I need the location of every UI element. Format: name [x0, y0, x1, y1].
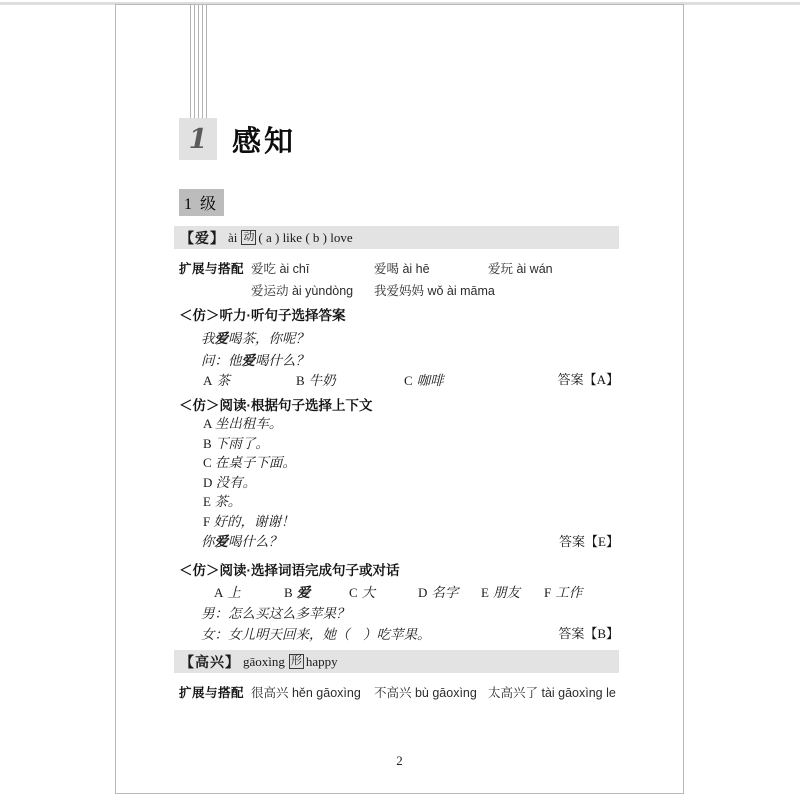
option-line: D 没有。 — [179, 473, 619, 493]
section-header-listening: ＜仿＞听力·听句子选择答案 — [179, 304, 619, 324]
expansion-row: 扩展与搭配 爱吃 ài chī 爱喝 ài hē 爱玩 ài wán — [179, 259, 619, 281]
option: C 咖啡 — [404, 369, 444, 390]
chapter-number: 1 — [189, 124, 208, 155]
option: A 茶 — [203, 369, 230, 390]
expansion-label: 扩展与搭配 — [179, 259, 244, 277]
entry-header-gaoxing: 【高兴】 gāoxìng 形 happy — [174, 650, 619, 673]
gloss-ai: ( a ) like ( b ) love — [258, 230, 352, 246]
book-page: 1 感知 1 级 【爱】 ài 动 ( a ) like ( b ) love … — [115, 4, 684, 794]
option: F 工作 — [544, 581, 582, 602]
expansion-label: 扩展与搭配 — [179, 683, 244, 701]
expansion-item: 爱玩 ài wán — [488, 259, 553, 277]
expansion-item: 不高兴 bù gāoxìng — [374, 683, 477, 701]
expansion-item: 太高兴了 tài gāoxìng le — [488, 683, 616, 701]
option: B 牛奶 — [296, 369, 336, 390]
word-options-row: A 上 B 爱 C 大 D 名字 E 朋友 F 工作 — [179, 581, 619, 599]
expansion-item: 很高兴 hěn gāoxìng — [251, 683, 361, 701]
section-header-reading-fill: ＜仿＞阅读·选择词语完成句子或对话 — [179, 559, 619, 579]
pinyin-gaoxing: gāoxìng — [243, 654, 285, 670]
chapter-stripes-decoration — [190, 5, 209, 119]
page-number: 2 — [116, 753, 683, 769]
dialogue-line-female: 女：女儿明天回来，她（ ）吃苹果。 答案【B】 — [201, 623, 619, 643]
pinyin-ai: ài — [228, 230, 237, 246]
option: C 大 — [349, 581, 375, 602]
expansion-row: 扩展与搭配 很高兴 hěn gāoxìng 不高兴 bù gāoxìng 太高兴… — [179, 683, 619, 705]
expansion-item: 爱喝 ài hē — [374, 259, 430, 277]
option: E 朋友 — [481, 581, 520, 602]
answer-label: 答案【E】 — [559, 532, 619, 552]
option: A 上 — [214, 581, 241, 602]
answer-label: 答案【A】 — [558, 369, 619, 388]
option-line: F 好的，谢谢！ — [179, 512, 619, 532]
dialogue-line-male: 男：怎么买这么多苹果？ — [201, 602, 619, 622]
pos-tag-ai: 动 — [241, 230, 256, 245]
headword-gaoxing: 【高兴】 — [180, 652, 240, 672]
expansion-row: 爱运动 ài yùndòng 我爱妈妈 wǒ ài māma — [179, 281, 619, 303]
option-line: B 下雨了。 — [179, 434, 619, 454]
chapter-number-box: 1 — [179, 118, 217, 160]
answer-label: 答案【B】 — [558, 623, 619, 642]
context-question-line: 你爱喝什么？答案【E】 — [179, 532, 619, 552]
option-line: A 坐出租车。 — [179, 414, 619, 434]
expansion-block-ai: 扩展与搭配 爱吃 ài chī 爱喝 ài hē 爱玩 ài wán 爱运动 à… — [179, 259, 619, 303]
listening-sentence: 问：他爱喝什么？ — [201, 349, 309, 369]
listening-options-row: A 茶 B 牛奶 C 咖啡 答案【A】 — [179, 369, 619, 387]
reading-context-options: A 坐出租车。 B 下雨了。 C 在桌子下面。 D 没有。 E 茶。 F 好的，… — [179, 414, 619, 551]
option-line: C 在桌子下面。 — [179, 453, 619, 473]
option: B 爱 — [284, 581, 310, 602]
level-label: 1 级 — [179, 189, 224, 216]
chapter-header: 1 感知 — [179, 118, 296, 160]
option: D 名字 — [418, 581, 458, 602]
expansion-item: 爱运动 ài yùndòng — [251, 281, 353, 299]
option-line: E 茶。 — [179, 492, 619, 512]
chapter-title: 感知 — [232, 119, 296, 160]
expansion-item: 爱吃 ài chī — [251, 259, 309, 277]
headword-ai: 【爱】 — [180, 228, 225, 248]
entry-header-ai: 【爱】 ài 动 ( a ) like ( b ) love — [174, 226, 619, 249]
gloss-gaoxing: happy — [306, 654, 338, 670]
section-header-reading-context: ＜仿＞阅读·根据句子选择上下文 — [179, 394, 619, 414]
expansion-item: 我爱妈妈 wǒ ài māma — [374, 281, 495, 299]
expansion-block-gaoxing: 扩展与搭配 很高兴 hěn gāoxìng 不高兴 bù gāoxìng 太高兴… — [179, 683, 619, 705]
pos-tag-gaoxing: 形 — [289, 654, 304, 669]
listening-sentence: 我爱喝茶，你呢？ — [201, 327, 309, 347]
